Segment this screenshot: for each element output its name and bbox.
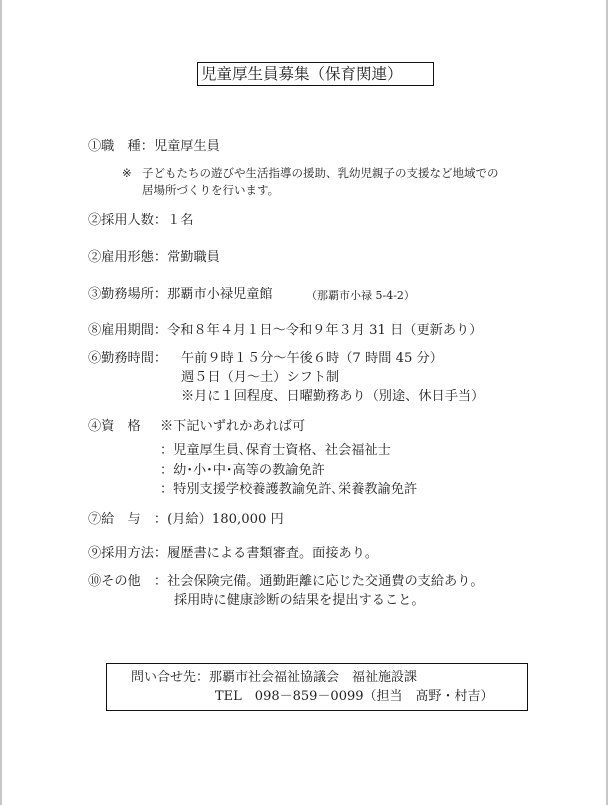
hours-line1: 午前９時１５分～午後６時（7 時間 45 分） — [181, 350, 443, 367]
job-type-value: 児童厚生員 — [154, 139, 220, 154]
headcount-value: １名 — [167, 213, 193, 228]
salary-label: ⑦給 与 ： — [88, 511, 167, 528]
other-row: ⑩その他 ：社会保険完備。通勤距離に応じた交通費の支給あり。 — [88, 573, 484, 590]
headcount-label: ②採用人数： — [88, 212, 167, 229]
other-label: ⑩その他 ： — [88, 573, 167, 590]
qualification-row: ④資 格 — [88, 418, 141, 435]
qualification-note: ※下記いずれかあれば可 — [160, 418, 305, 435]
job-type-label: ①職 種： — [88, 138, 154, 155]
job-type-row: ①職 種：児童厚生員 — [88, 138, 220, 155]
contact-box: 問い合せ先：那覇市社会福祉協議会 福祉施設課 TEL 098－859－0099（… — [106, 663, 528, 711]
document-title: 児童厚生員募集（保育関連） — [197, 62, 434, 86]
employment-type-value: 常勤職員 — [167, 250, 220, 265]
workplace-label: ③勤務場所： — [88, 286, 167, 303]
workplace-value: 那覇市小禄児童館 — [167, 287, 273, 302]
contact-line1: 問い合せ先：那覇市社会福祉協議会 福祉施設課 — [131, 669, 417, 686]
other-line1: 社会保険完備。通勤距離に応じた交通費の支給あり。 — [167, 574, 484, 589]
page-edge-left — [0, 0, 2, 805]
job-note-line1: 子どもたちの遊びや生活指導の援助、乳幼児親子の支援など地域での — [142, 165, 499, 182]
selection-label: ⑨採用方法： — [88, 545, 167, 562]
qualification-line2: ：幼･小･中･高等の教諭免許 — [160, 462, 325, 479]
hours-label: ⑥勤務時間： — [88, 350, 167, 367]
headcount-row: ②採用人数：１名 — [88, 212, 194, 229]
job-note-line2: 居場所づくりを行います。 — [142, 182, 279, 199]
other-line2: 採用時に健康診断の結果を提出すること。 — [174, 592, 425, 609]
period-value: 令和８年４月１日～令和９年３月 31 日（更新あり） — [167, 323, 482, 338]
qualification-label: ④資 格 — [88, 418, 141, 435]
period-row: ⑧雇用期間：令和８年４月１日～令和９年３月 31 日（更新あり） — [88, 322, 482, 339]
salary-value: (月給）180,000 円 — [167, 512, 284, 527]
contact-label: 問い合せ先： — [131, 670, 209, 685]
hours-line2: 週５日（月～土）シフト制 — [181, 369, 339, 386]
contact-tel: TEL 098－859－0099（担当 髙野・村吉） — [215, 688, 494, 705]
hours-row: ⑥勤務時間： — [88, 350, 167, 367]
selection-row: ⑨採用方法：履歴書による書類審査。面接あり。 — [88, 545, 378, 562]
workplace-row: ③勤務場所：那覇市小禄児童館 — [88, 286, 273, 303]
period-label: ⑧雇用期間： — [88, 322, 167, 339]
contact-org: 那覇市社会福祉協議会 福祉施設課 — [209, 670, 417, 685]
salary-row: ⑦給 与 ：(月給）180,000 円 — [88, 511, 284, 528]
qualification-line1: ：児童厚生員､保育士資格、社会福祉士 — [160, 442, 391, 459]
hours-line3: ※月に１回程度、日曜勤務あり（別途、休日手当） — [181, 388, 484, 405]
workplace-address: （那覇市小禄 5-4-2） — [306, 287, 415, 304]
employment-type-label: ②雇用形態： — [88, 249, 167, 266]
job-note-mark: ※ — [122, 165, 132, 182]
employment-type-row: ②雇用形態：常勤職員 — [88, 249, 220, 266]
qualification-line3: ：特別支援学校養護教諭免許､栄養教諭免許 — [160, 481, 417, 498]
selection-value: 履歴書による書類審査。面接あり。 — [167, 546, 378, 561]
